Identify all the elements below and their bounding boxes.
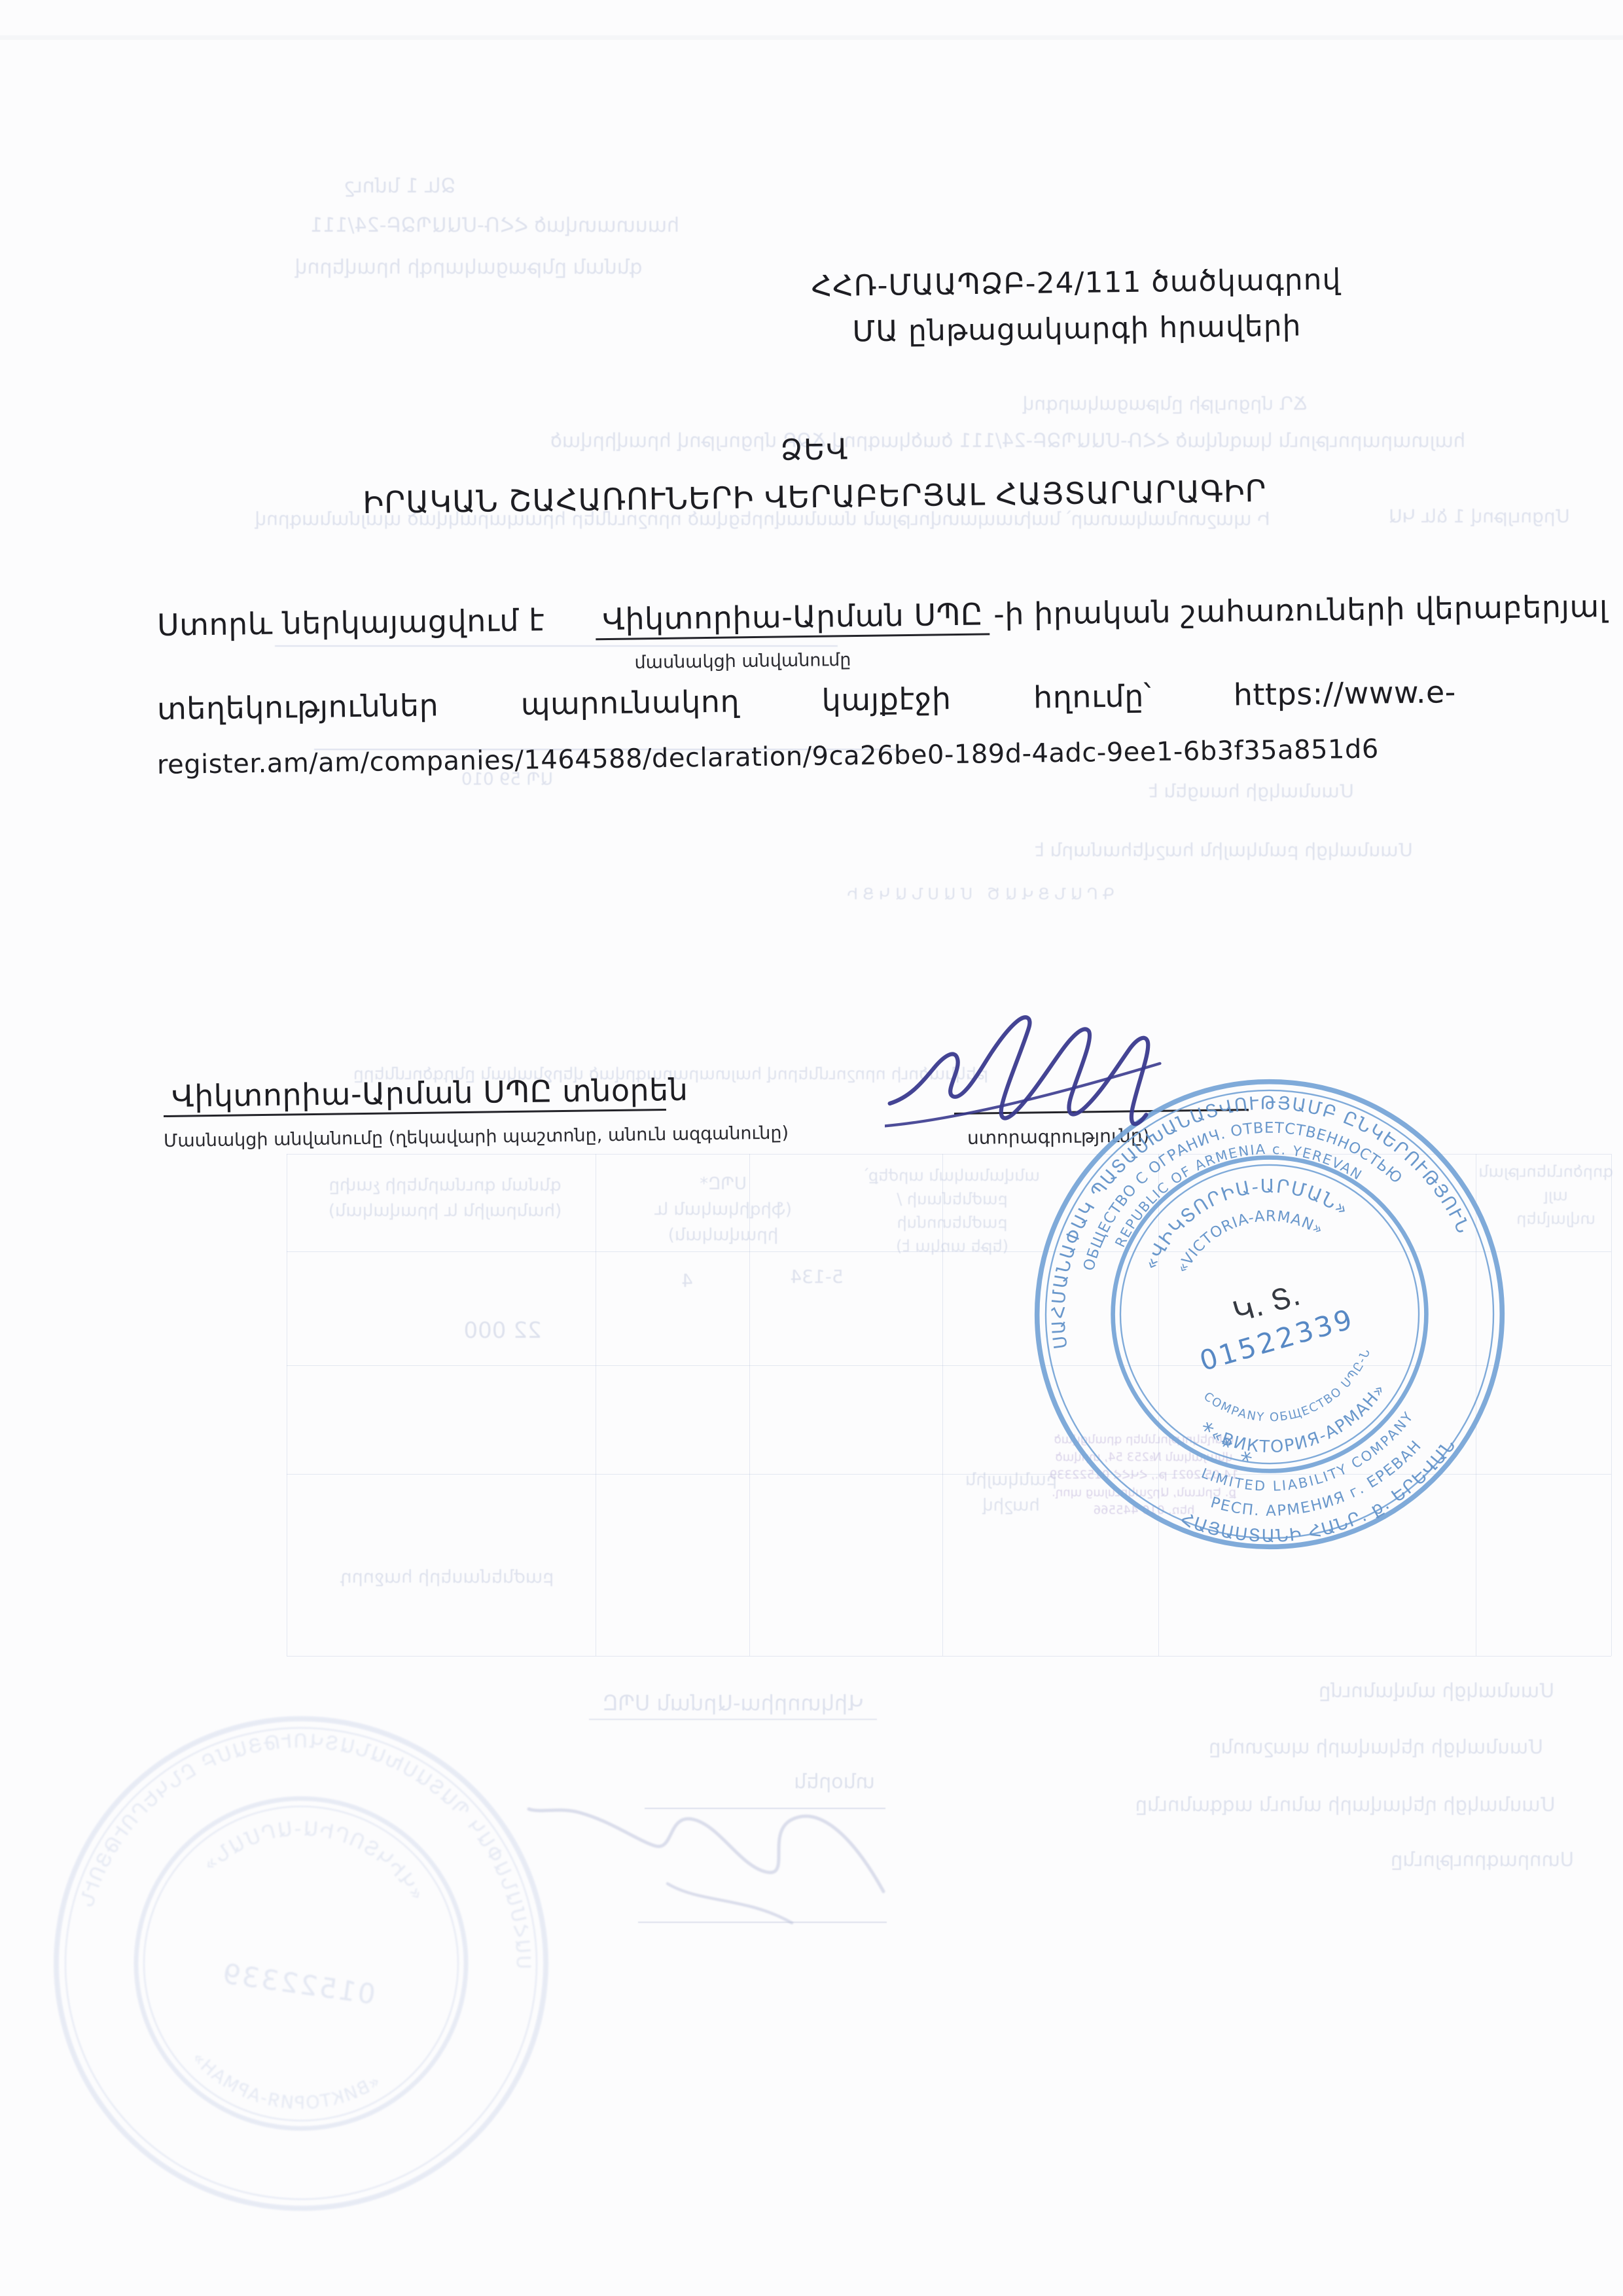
bleed-table-column-line: [749, 1154, 750, 1656]
bleed-text: Վիկտորիա-Արման ՍՊԸ: [589, 1687, 877, 1720]
bleed-text: գնման գումարների չափը (հանրային և իրավակ…: [308, 1173, 582, 1224]
bleed-text: 5-134: [764, 1263, 869, 1291]
bleed-text: գնման ընթացակարգի հրավերով: [292, 253, 645, 282]
svg-text:01522339: 01522339: [219, 1957, 377, 2011]
svg-text:«VICTORIA-ARMAN»: «VICTORIA-ARMAN»: [1164, 1190, 1330, 1279]
handwritten-signature-icon: [885, 1000, 1166, 1151]
bleed-text: տնօրեն: [782, 1767, 887, 1797]
bleed-table-column-line: [1611, 1154, 1612, 1656]
bleed-table-column-line: [942, 1154, 943, 1656]
bleed-text: ՃՂ մրցույթի ընթացակարգով: [969, 390, 1361, 418]
bleed-text: գործունեության այլ տվյալներ: [1499, 1160, 1613, 1230]
link-word: տեղեկություններ: [157, 687, 439, 726]
bleed-text: Մասնակցի ղեկավարի անուն ազգանունը: [1092, 1791, 1599, 1820]
bleed-text: բաժնեմասերի հաջորդ: [313, 1564, 581, 1591]
scanned-declaration-page: Ձև 1 նմուշհաստատված ՀՀՌ-ՄԱԱՊՁԲ-24/111գնմ…: [0, 0, 1623, 2296]
bleed-table-column-line: [596, 1154, 596, 1656]
bleed-text: Մասնակցի ղեկավարի պաշտոնը: [1185, 1733, 1567, 1762]
svg-text:«ՎԻԿՏՈՐԻԱ-ԱՐՄԱՆ»: «ՎԻԿՏՈՐԻԱ-ԱՐՄԱՆ»: [196, 1803, 437, 1907]
procurement-code-header: ՀՀՌ-ՄԱԱՊՁԲ-24/111 ծածկագրով ՄԱ ընթացակար…: [781, 257, 1372, 356]
bleed-stamp-icon: ՍԱՀՄԱՆԱՓԱԿ ՊԱՏԱՍԽԱՆԱՏՎՈՒԹՅԱՄԲ ԸՆԿԵՐՈՒԹՅՈ…: [5, 1668, 597, 2259]
bleed-table-row-line: [287, 1656, 1611, 1657]
bleed-text: Մասնակցի բանկային հաշվեհամարն է: [1021, 836, 1427, 864]
bleed-signature-icon: [524, 1793, 890, 1937]
intro-prefix: Ստորև ներկայացվում է: [157, 602, 545, 643]
bleed-text: հաստատված ՀՀՌ-ՄԱԱՊՁԲ-24/111: [292, 211, 698, 240]
procurement-code-line: ՀՀՌ-ՄԱԱՊՁԲ-24/111 ծածկագրով: [781, 257, 1371, 310]
link-word: հղումը՝: [1033, 678, 1152, 715]
bleed-text: Ստորագրությունը: [1374, 1846, 1590, 1874]
bleed-text: ԳՐԱՆՑՎԱԾ ՄԱՍՆԱԿՑԻ: [802, 882, 1155, 906]
link-url-start: https://www.e-: [1233, 674, 1456, 712]
bleed-text: 4: [668, 1267, 707, 1295]
svg-text:«ВИКТОРИЯ-АРМАН»: «ВИКТОРИЯ-АРМАН»: [181, 2045, 386, 2126]
bleed-table-column-line: [287, 1154, 287, 1656]
company-name: Վիկտորիա-Արման ՍՊԸ: [596, 596, 990, 640]
link-word: կայքէջի: [821, 681, 952, 718]
bleed-text: Ձև 1 նմուշ: [292, 171, 508, 201]
link-word: պարունակող: [520, 683, 740, 721]
bleed-text: Մասնակցի հասցեն է: [1120, 778, 1382, 805]
procedure-invitation-line: ՄԱ ընթացակարգի հրավերի: [782, 302, 1372, 356]
bleed-text: ՍՊԸ* (ֆիզիկական և իրավական): [612, 1172, 834, 1248]
bleed-rule: [275, 645, 838, 647]
signer-title: Վիկտորիա-Արման ՍՊԸ տնօրեն: [171, 1072, 688, 1114]
bleed-text: Մասնակցի անվանումը: [1306, 1677, 1567, 1706]
bleed-text: 22 000: [424, 1314, 581, 1348]
company-caption: մասնակցի անվանումը: [589, 649, 897, 673]
